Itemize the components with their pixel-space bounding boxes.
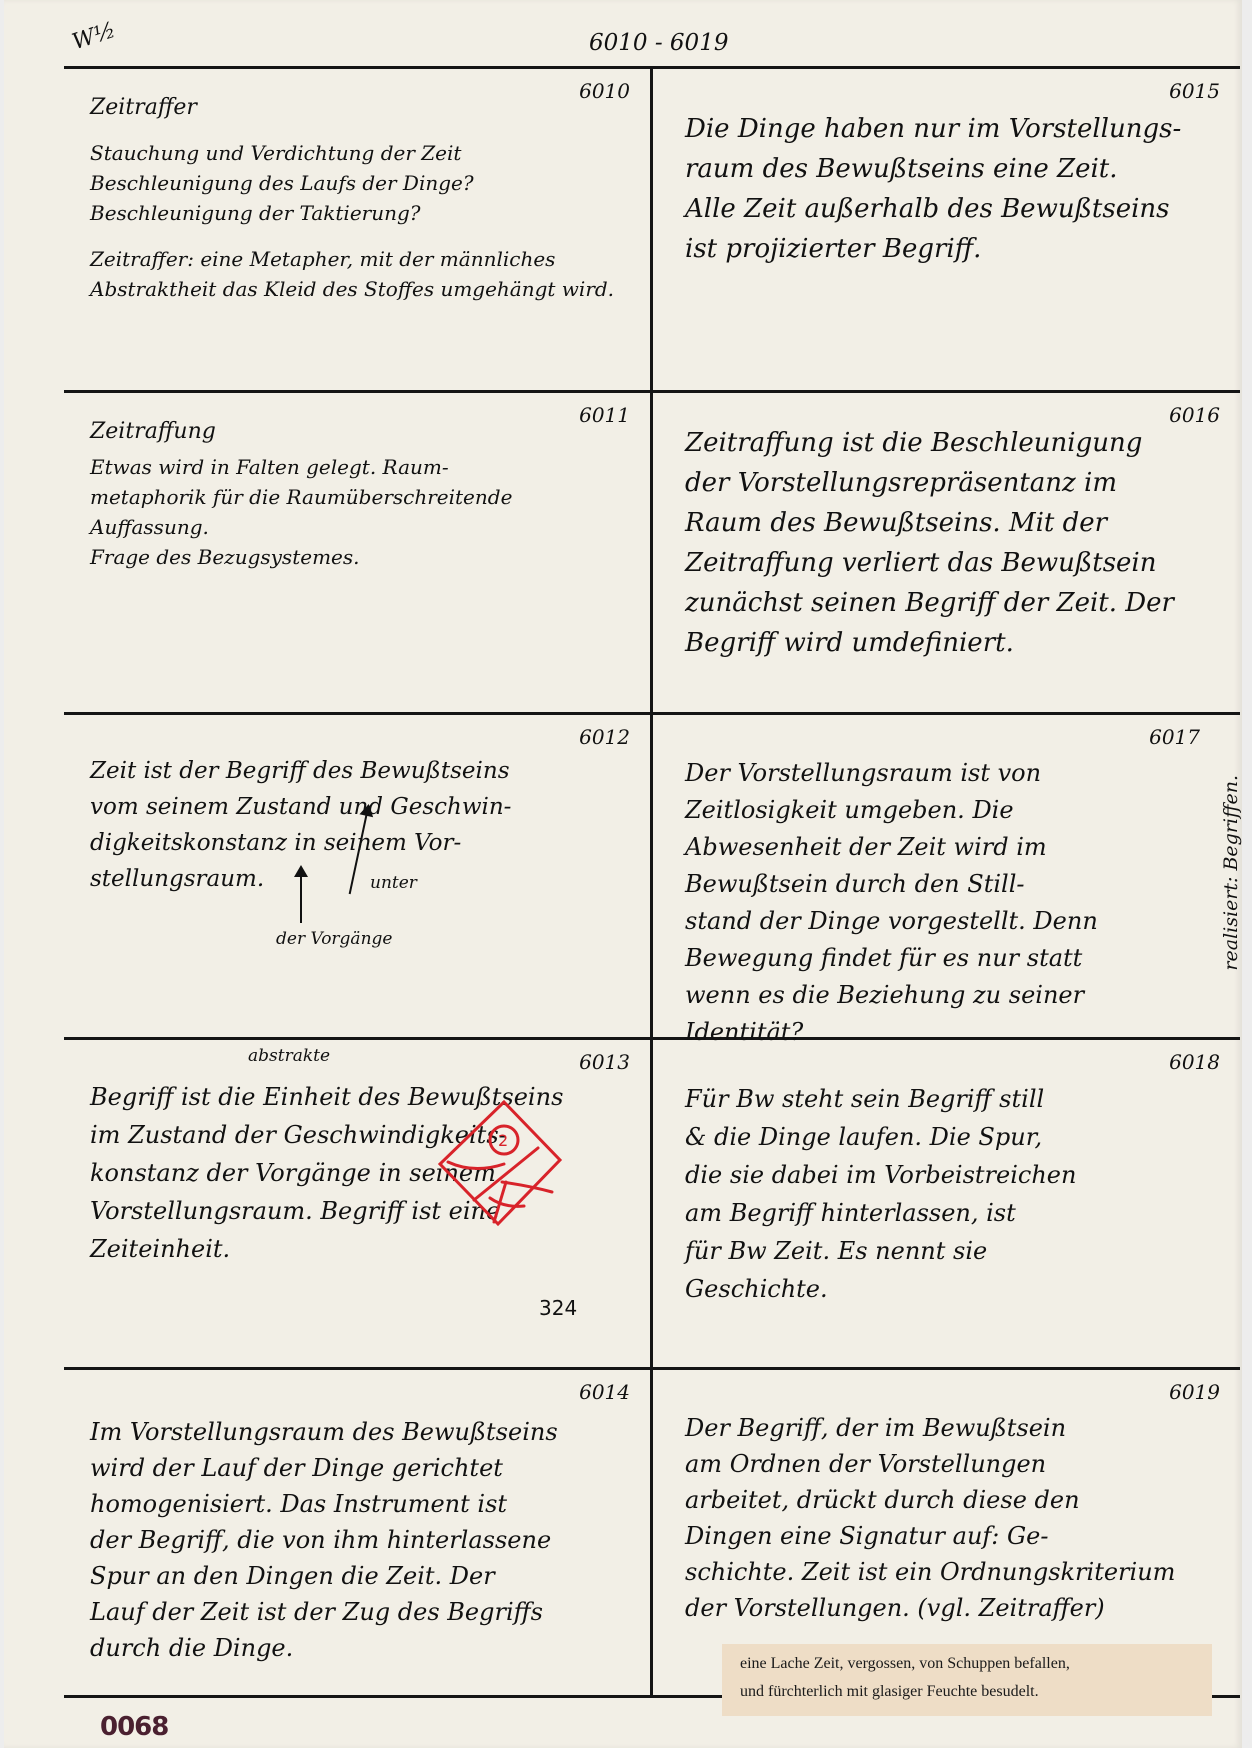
- note-6014: 6014 Im Vorstellungsraum des Bewußtseins…: [64, 1370, 650, 1692]
- note-range-header: 6010 - 6019: [589, 30, 728, 56]
- note-number: 6012: [579, 725, 630, 749]
- note-6016: 6016 Zeitraffung ist die Beschleunigung …: [653, 393, 1240, 712]
- note-text: Die Dinge haben nur im Vorstellungs- rau…: [685, 109, 1220, 269]
- note-number: 6016: [1169, 403, 1220, 427]
- note-text: Zeitraffung ist die Beschleunigung der V…: [685, 423, 1220, 663]
- note-6017: 6017 Der Vorstellungsraum ist von Zeitlo…: [653, 715, 1240, 1037]
- note-number: 6019: [1169, 1380, 1220, 1404]
- note-number: 6017: [1149, 725, 1200, 749]
- note-text: Zeit ist der Begriff des Bewußtseins vom…: [90, 753, 630, 897]
- note-text: Im Vorstellungsraum des Bewußtseins wird…: [90, 1414, 630, 1666]
- note-6018: 6018 Für Bw steht sein Begriff still & d…: [653, 1040, 1240, 1367]
- insert-text: der Vorgänge: [276, 929, 392, 949]
- note-6011: 6011 Zeitraffung Etwas wird in Falten ge…: [64, 393, 650, 712]
- note-6012: 6012 Zeit ist der Begriff des Bewußtsein…: [64, 715, 650, 1037]
- note-text: Stauchung und Verdichtung der Zeit Besch…: [90, 138, 630, 228]
- note-text: Zeitraffer: eine Metapher, mit der männl…: [90, 244, 630, 304]
- stamp-number: 324: [539, 1296, 577, 1320]
- archive-stamp-icon: 2: [434, 1098, 564, 1228]
- insert-text: unter: [370, 873, 417, 893]
- note-text: Der Vorstellungsraum ist von Zeitlosigke…: [685, 755, 1180, 1051]
- note-text: Der Begriff, der im Bewußtsein am Ordnen…: [685, 1410, 1220, 1626]
- note-text: Etwas wird in Falten gelegt. Raum- metap…: [90, 452, 630, 572]
- note-number: 6013: [579, 1050, 630, 1074]
- note-number: 6010: [579, 79, 630, 103]
- manuscript-page: W½ 6010 - 6019 6010 Zeitraffer Stauchung…: [4, 0, 1242, 1748]
- note-title: Zeitraffung: [90, 419, 630, 444]
- note-6015: 6015 Die Dinge haben nur im Vorstellungs…: [653, 69, 1240, 390]
- svg-text:2: 2: [498, 1131, 508, 1150]
- note-number: 6015: [1169, 79, 1220, 103]
- note-number: 6018: [1169, 1050, 1220, 1074]
- pasted-clipping: eine Lache Zeit, vergossen, von Schuppen…: [722, 1644, 1212, 1716]
- page-number: 0068: [100, 1712, 168, 1742]
- insert-arrow-icon: [300, 867, 302, 923]
- margin-note: realisiert: Begriffen.: [1220, 775, 1242, 971]
- clipping-line: eine Lache Zeit, vergossen, von Schuppen…: [740, 1650, 1194, 1678]
- note-number: 6014: [579, 1380, 630, 1404]
- note-grid: 6010 Zeitraffer Stauchung und Verdichtun…: [64, 66, 1240, 1698]
- note-6010: 6010 Zeitraffer Stauchung und Verdichtun…: [64, 69, 650, 390]
- clipping-line: und fürchterlich mit glasiger Feuchte be…: [740, 1678, 1194, 1706]
- note-number: 6011: [579, 403, 630, 427]
- insert-text: abstrakte: [248, 1046, 330, 1066]
- note-title: Zeitraffer: [90, 95, 630, 120]
- corner-mark: W½: [69, 18, 119, 55]
- note-text: Für Bw steht sein Begriff still & die Di…: [685, 1080, 1220, 1308]
